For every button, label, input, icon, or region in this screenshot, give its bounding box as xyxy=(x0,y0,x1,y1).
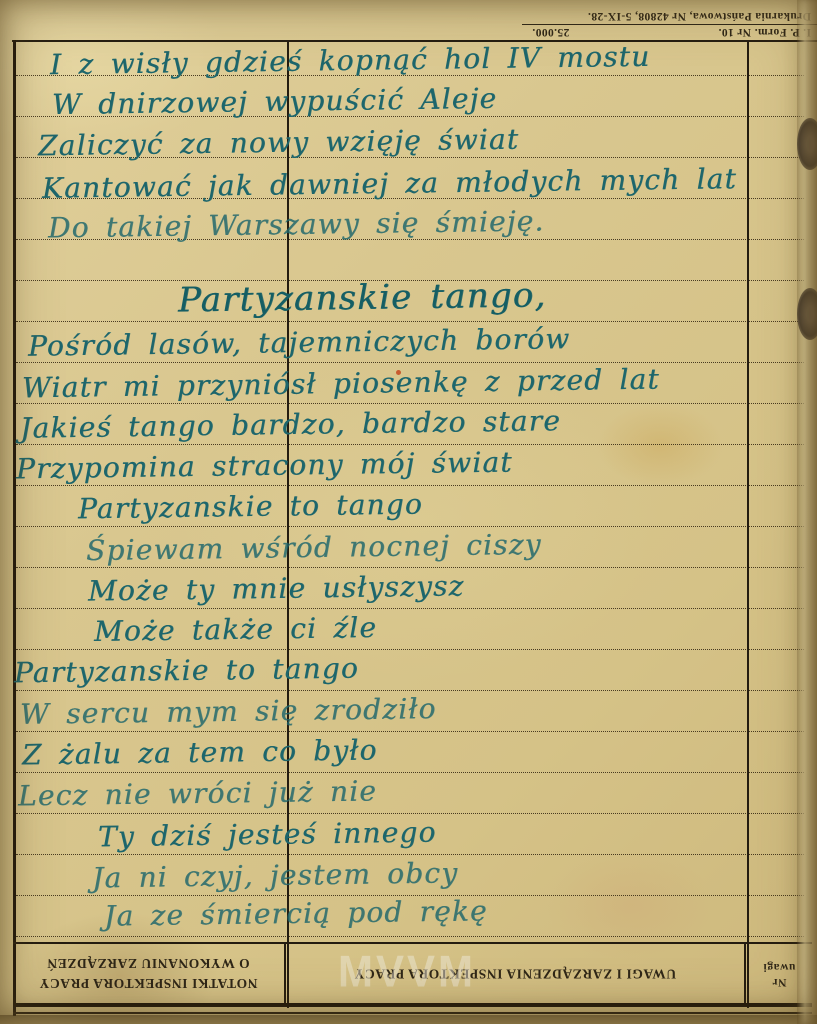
handwritten-line: Pośród lasów, tajemniczych borów xyxy=(28,322,571,363)
bottom-edge-shadow xyxy=(0,1015,817,1024)
handwritten-line: Partyzanskie to tango xyxy=(14,652,359,690)
handwritten-line: Może także ci źle xyxy=(94,611,378,648)
ruled-line xyxy=(16,608,804,609)
scanned-notebook-page: I. P. Form. Nr 10. 25.000. Drukarnia Pań… xyxy=(0,0,817,1024)
printer-credit: Drukarnia Państwowa, Nr 42808, 5-IX-28. xyxy=(522,10,817,24)
ruled-line xyxy=(16,485,804,486)
footer-nr-text: Nr uwagi xyxy=(763,959,795,989)
footer-uwagi-label: uwagi xyxy=(763,959,795,974)
handwritten-line: Może ty mnie usłyszysz xyxy=(88,569,465,607)
ruled-line xyxy=(16,731,804,732)
printed-form-imprint: I. P. Form. Nr 10. 25.000. Drukarnia Pań… xyxy=(522,0,817,40)
ruled-line xyxy=(16,567,804,568)
column-divider-right xyxy=(747,40,749,1008)
binding-stitch xyxy=(797,118,817,170)
ruled-line xyxy=(16,649,804,650)
ruled-line xyxy=(16,444,804,445)
footer-nr-label: Nr xyxy=(763,974,795,989)
footer-notes-text: NOTATKI INSPEKTORA PRACY O WYKONANIU ZAR… xyxy=(39,954,257,993)
footer-cell-notes: NOTATKI INSPEKTORA PRACY O WYKONANIU ZAR… xyxy=(13,944,286,1003)
handwritten-line: W dnirzowej wypuścić Aleje xyxy=(52,82,498,121)
archive-watermark: MVVM xyxy=(338,947,476,997)
handwritten-line: Zaliczyć za nowy wzięję świat xyxy=(38,123,520,163)
handwritten-line: Wiatr mi przyniósł piosenkę z przed lat xyxy=(22,363,660,405)
ruled-line xyxy=(16,321,804,322)
handwritten-line: Do takiej Warszawy się śmieję. xyxy=(48,205,545,245)
frame-left-line xyxy=(13,40,16,1016)
handwritten-line: Jakieś tango bardzo, bardzo stare xyxy=(20,404,561,445)
handwritten-line: Ja ni czyj, jestem obcy xyxy=(92,856,459,894)
print-run: 25.000. xyxy=(532,26,569,38)
ruled-line xyxy=(16,813,804,814)
handwritten-line: Przypomina stracony mój świat xyxy=(16,446,513,486)
frame-top-line xyxy=(12,40,817,42)
ink-speck xyxy=(396,370,401,375)
page-right-edge xyxy=(797,0,817,1024)
ruled-line xyxy=(16,403,804,404)
handwritten-line: Ja ze śmiercią pod rękę xyxy=(104,894,488,932)
ruled-line xyxy=(16,362,804,363)
song-title: Partyzanskie tango, xyxy=(178,275,547,320)
ruled-line xyxy=(16,936,804,937)
frame-bottom-line xyxy=(13,1012,812,1014)
ruled-line xyxy=(16,690,804,691)
handwritten-line: W sercu mym się zrodziło xyxy=(20,692,437,731)
footer-notes-line2: O WYKONANIU ZARZĄDZEŃ xyxy=(39,954,257,974)
binding-stitch xyxy=(797,288,817,340)
ruled-line xyxy=(16,772,804,773)
handwritten-line: Partyzanskie to tango xyxy=(78,488,423,526)
handwritten-line: Ty dziś jesteś innego xyxy=(98,816,437,854)
imprint-divider xyxy=(522,24,817,25)
handwritten-line: Z żalu za tem co było xyxy=(22,734,378,772)
ruled-line xyxy=(16,526,804,527)
imprint-row-form: I. P. Form. Nr 10. 25.000. xyxy=(522,25,817,40)
ruled-line xyxy=(16,854,804,855)
footer-notes-line1: NOTATKI INSPEKTORA PRACY xyxy=(39,974,257,994)
handwritten-line: Lecz nie wróci już nie xyxy=(18,774,377,812)
handwritten-line: Śpiewam wśród nocnej ciszy xyxy=(86,528,542,567)
